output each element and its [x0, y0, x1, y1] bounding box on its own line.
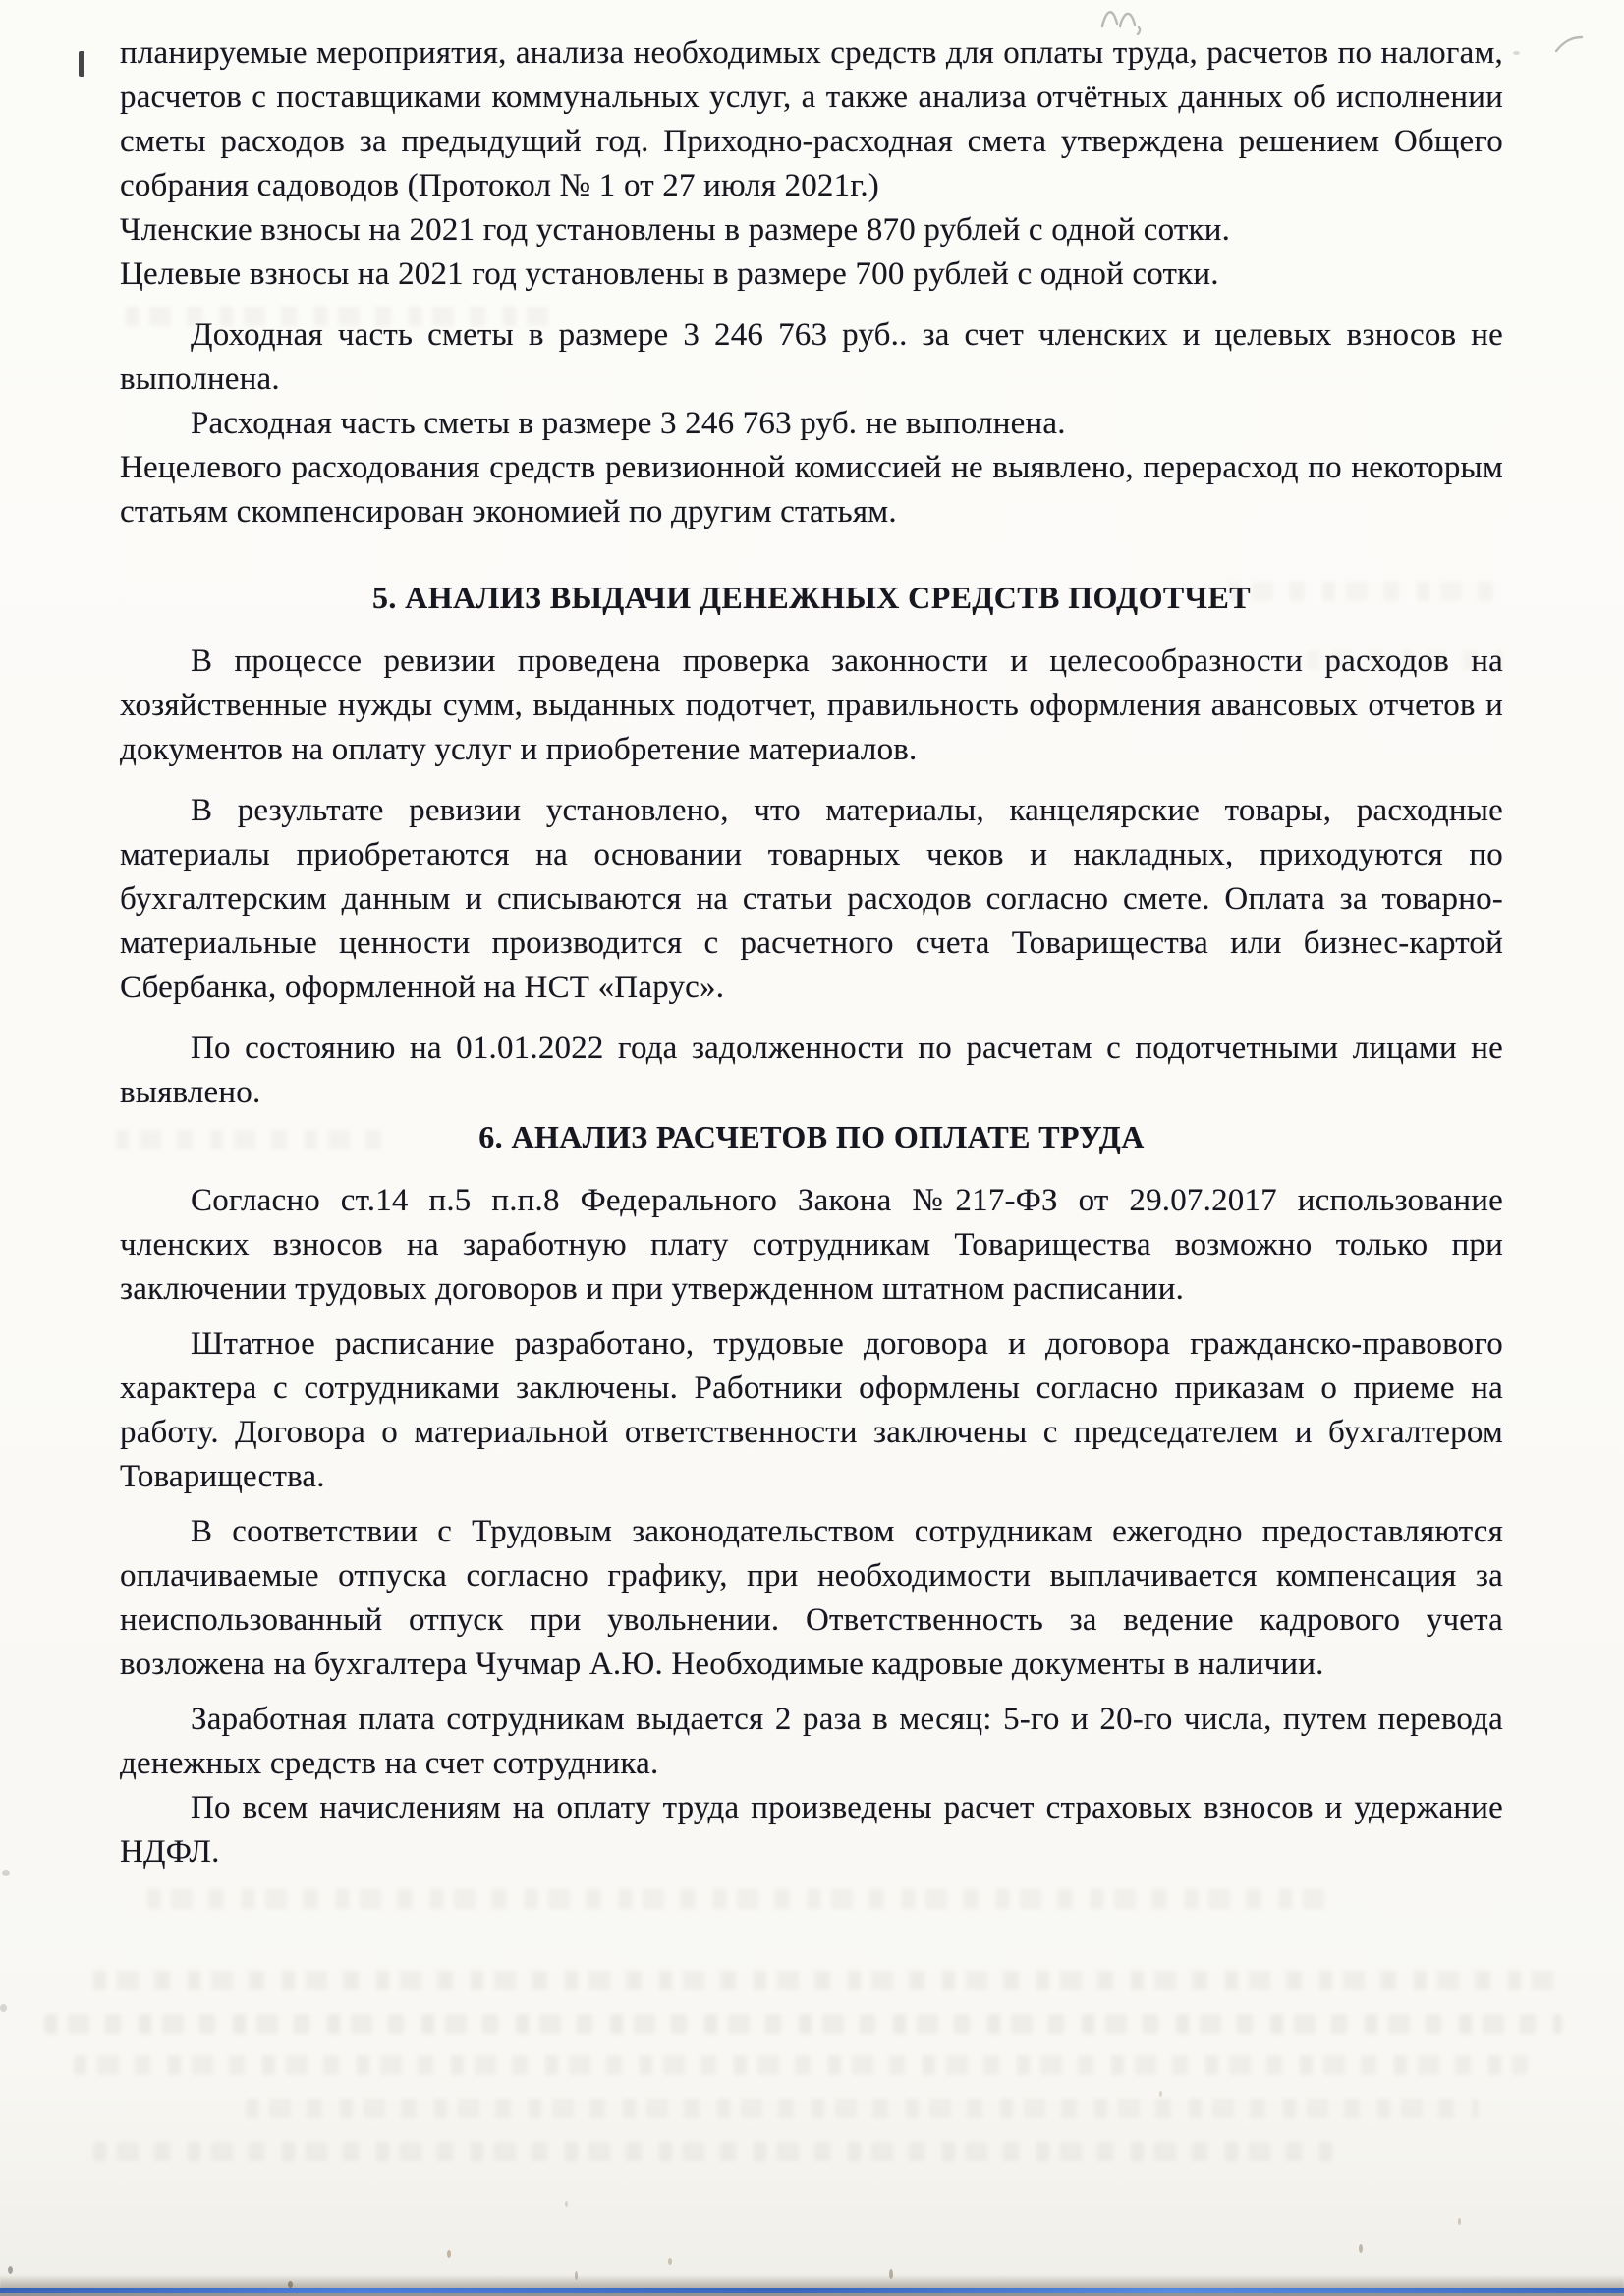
paragraph: Доходная часть сметы в размере 3 246 763… [120, 313, 1503, 402]
paragraph: Расходная часть сметы в размере 3 246 76… [120, 402, 1503, 446]
paper-speck [0, 2004, 7, 2012]
paragraph: Целевые взносы на 2021 год установлены в… [120, 252, 1503, 297]
paper-speck [447, 2250, 451, 2258]
paper-speck [1159, 2091, 1162, 2097]
document-body: планируемые мероприятия, анализа необход… [120, 31, 1503, 1875]
paragraph: Согласно ст.14 п.5 п.п.8 Федерального За… [120, 1179, 1503, 1312]
paragraph: По состоянию на 01.01.2022 года задолжен… [120, 1027, 1503, 1115]
paper-speck [575, 2271, 578, 2280]
paragraph: Членские взносы на 2021 год установлены … [120, 208, 1503, 252]
paragraph: Штатное расписание разработано, трудовые… [120, 1322, 1503, 1499]
scan-bleedthrough-artifact [93, 2142, 1341, 2161]
section-heading: 5. АНАЛИЗ ВЫДАЧИ ДЕНЕЖНЫХ СРЕДСТВ ПОДОТЧ… [120, 576, 1503, 620]
paper-speck [8, 2266, 13, 2274]
pencil-dash [1550, 29, 1590, 59]
pencil-squiggle [1098, 2, 1157, 35]
scan-bleedthrough-artifact [44, 2014, 1562, 2034]
scan-bleedthrough-artifact [93, 1971, 1567, 1990]
section-heading: 6. АНАЛИЗ РАСЧЕТОВ ПО ОПЛАТЕ ТРУДА [120, 1115, 1503, 1159]
paragraph: планируемые мероприятия, анализа необход… [120, 31, 1503, 208]
paper-speck [889, 2269, 893, 2279]
paper-speck [565, 2201, 568, 2207]
paragraph: Нецелевого расходования средств ревизион… [120, 446, 1503, 534]
scan-bleedthrough-artifact [74, 2055, 1528, 2075]
paper-speck [668, 2258, 672, 2265]
paragraph: В результате ревизии установлено, что ма… [120, 789, 1503, 1010]
paper-speck [1458, 2218, 1461, 2225]
paragraph: Заработная плата сотрудникам выдается 2 … [120, 1698, 1503, 1786]
paper-speck [288, 2281, 293, 2288]
paper-speck [1513, 51, 1520, 55]
paper-speck [1359, 2244, 1363, 2253]
paragraph: По всем начислениям на оплату труда прои… [120, 1786, 1503, 1875]
paragraph: В соответствии с Трудовым законодательст… [120, 1510, 1503, 1687]
paper-speck [2, 1870, 10, 1876]
paragraph: В процессе ревизии проведена проверка за… [120, 640, 1503, 772]
scan-bleedthrough-artifact [147, 1889, 1326, 1909]
scanned-document: { "page": { "kind": "scanned audit repor… [0, 0, 1624, 2296]
scan-bottom-shadow [0, 2275, 1624, 2290]
scan-bleedthrough-artifact [246, 2099, 1479, 2118]
document-page: планируемые мероприятия, анализа необход… [0, 0, 1624, 2296]
scan-bottom-edge-line [0, 2288, 1624, 2293]
scan-edge-mark [79, 51, 84, 77]
